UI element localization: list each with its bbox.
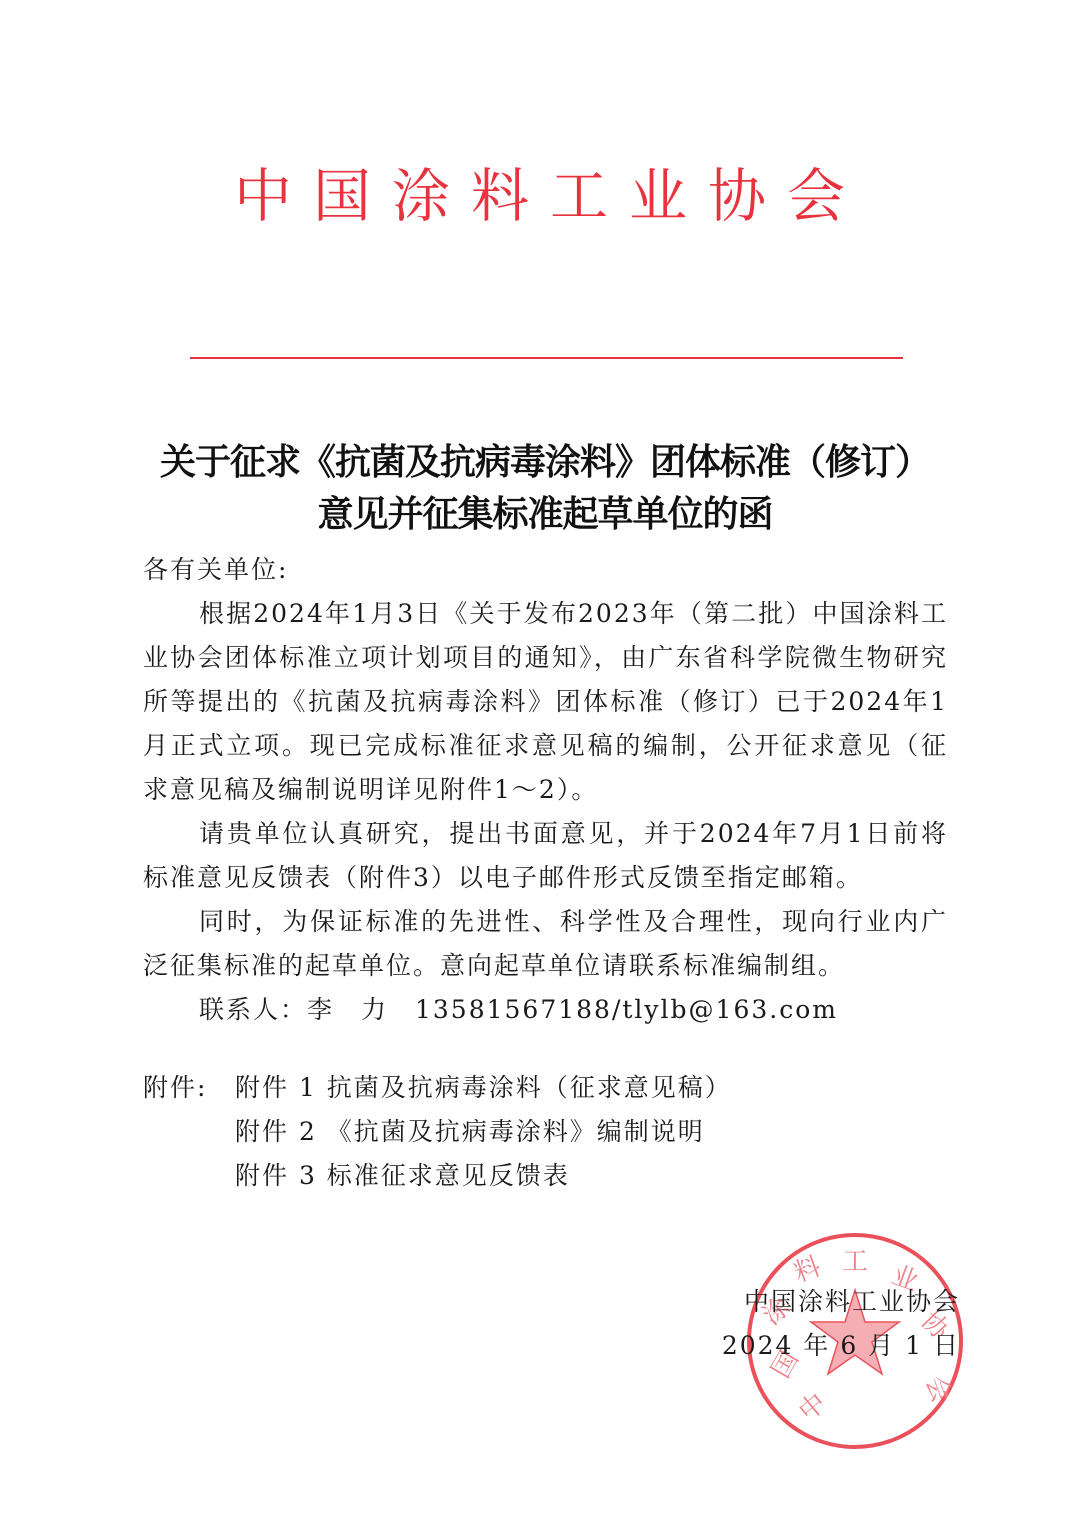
- attachment-item-1: 附件 1 抗菌及抗病毒涂料（征求意见稿）: [235, 1066, 732, 1110]
- org-header-title: 中国涂料工业协会: [0, 160, 1080, 232]
- signature-block: 中国涂料工业协会 2024 年 6 月 1 日: [700, 1280, 960, 1368]
- attachment-item-3: 附件 3 标准征求意见反馈表: [235, 1154, 570, 1198]
- paragraph-contact: 联系人：李 力 13581567188/tlylb@163.com: [143, 988, 948, 1032]
- document-title-line-2: 意见并征集标准起草单位的函: [130, 488, 960, 540]
- document-title: 关于征求《抗菌及抗病毒涂料》团体标准（修订） 意见并征集标准起草单位的函: [130, 436, 960, 540]
- svg-text:工: 工: [842, 1247, 868, 1277]
- salutation: 各有关单位:: [143, 548, 948, 592]
- paragraph-feedback-request: 请贵单位认真研究，提出书面意见，并于2024年7月1日前将标准意见反馈表（附件3…: [143, 812, 948, 900]
- attachment-row: 附件: 附件 1 抗菌及抗病毒涂料（征求意见稿）: [143, 1066, 732, 1110]
- red-divider-line: [190, 357, 903, 359]
- attachment-row: 附件 2 《抗菌及抗病毒涂料》编制说明: [143, 1110, 732, 1154]
- svg-text:会: 会: [919, 1372, 956, 1407]
- attachments-list: 附件: 附件 1 抗菌及抗病毒涂料（征求意见稿） 附件 2 《抗菌及抗病毒涂料》…: [143, 1066, 732, 1198]
- svg-text:中: 中: [793, 1388, 832, 1428]
- body-paragraphs: 根据2024年1月3日《关于发布2023年（第二批）中国涂料工业协会团体标准立项…: [143, 592, 948, 1032]
- attachment-item-2: 附件 2 《抗菌及抗病毒涂料》编制说明: [235, 1110, 705, 1154]
- signature-date: 2024 年 6 月 1 日: [700, 1324, 960, 1368]
- paragraph-drafting-units: 同时，为保证标准的先进性、科学性及合理性，现向行业内广泛征集标准的起草单位。意向…: [143, 900, 948, 988]
- paragraph-project-notice: 根据2024年1月3日《关于发布2023年（第二批）中国涂料工业协会团体标准立项…: [143, 592, 948, 812]
- document-title-line-1: 关于征求《抗菌及抗病毒涂料》团体标准（修订）: [130, 436, 960, 488]
- attachment-row: 附件 3 标准征求意见反馈表: [143, 1154, 732, 1198]
- signature-organization: 中国涂料工业协会: [700, 1280, 960, 1324]
- attachments-label: 附件:: [143, 1066, 235, 1110]
